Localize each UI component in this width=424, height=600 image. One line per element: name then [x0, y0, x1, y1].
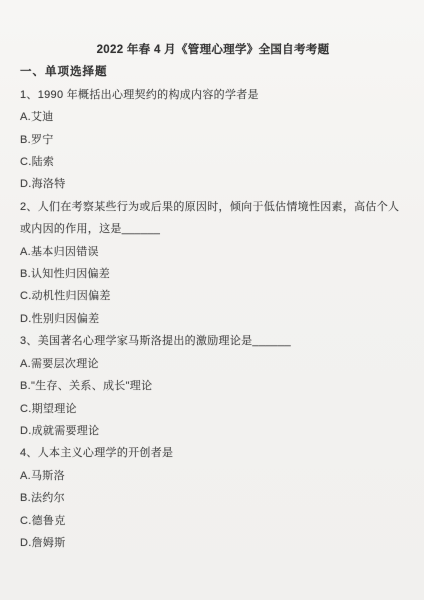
- option-b: B.罗宁: [20, 129, 406, 151]
- option-c: C.陆索: [20, 151, 406, 173]
- option-d: D.成就需要理论: [20, 420, 406, 442]
- option-d: D.性别归因偏差: [20, 308, 406, 330]
- option-c: C.动机性归因偏差: [20, 285, 406, 307]
- option-a: A.基本归因错误: [20, 241, 406, 263]
- option-a: A.艾迪: [20, 106, 406, 128]
- option-d: D.詹姆斯: [20, 532, 406, 554]
- option-b: B.认知性归因偏差: [20, 263, 406, 285]
- question-text: 3、美国著名心理学家马斯洛提出的激励理论是______: [20, 330, 406, 352]
- section-heading: 一、单项选择题: [20, 61, 406, 83]
- question-1: 1、1990 年概括出心理契约的构成内容的学者是 A.艾迪 B.罗宁 C.陆索 …: [20, 84, 406, 196]
- question-4: 4、人本主义心理学的开创者是 A.马斯洛 B.法约尔 C.德鲁克 D.詹姆斯: [20, 442, 406, 554]
- option-d: D.海洛特: [20, 173, 406, 195]
- question-3: 3、美国著名心理学家马斯洛提出的激励理论是______ A.需要层次理论 B."…: [20, 330, 406, 442]
- option-c: C.德鲁克: [20, 510, 406, 532]
- question-text: 4、人本主义心理学的开创者是: [20, 442, 406, 464]
- option-b: B."生存、关系、成长"理论: [20, 375, 406, 397]
- option-a: A.马斯洛: [20, 465, 406, 487]
- page-title: 2022 年春 4 月《管理心理学》全国自考考题: [20, 39, 406, 61]
- question-text: 1、1990 年概括出心理契约的构成内容的学者是: [20, 84, 406, 106]
- option-c: C.期望理论: [20, 398, 406, 420]
- option-b: B.法约尔: [20, 487, 406, 509]
- question-text: 2、人们在考察某些行为或后果的原因时，倾向于低估情境性因素，高估个人或内因的作用…: [20, 196, 406, 241]
- option-a: A.需要层次理论: [20, 353, 406, 375]
- question-2: 2、人们在考察某些行为或后果的原因时，倾向于低估情境性因素，高估个人或内因的作用…: [20, 196, 406, 330]
- exam-document: 2022 年春 4 月《管理心理学》全国自考考题 一、单项选择题 1、1990 …: [0, 0, 424, 600]
